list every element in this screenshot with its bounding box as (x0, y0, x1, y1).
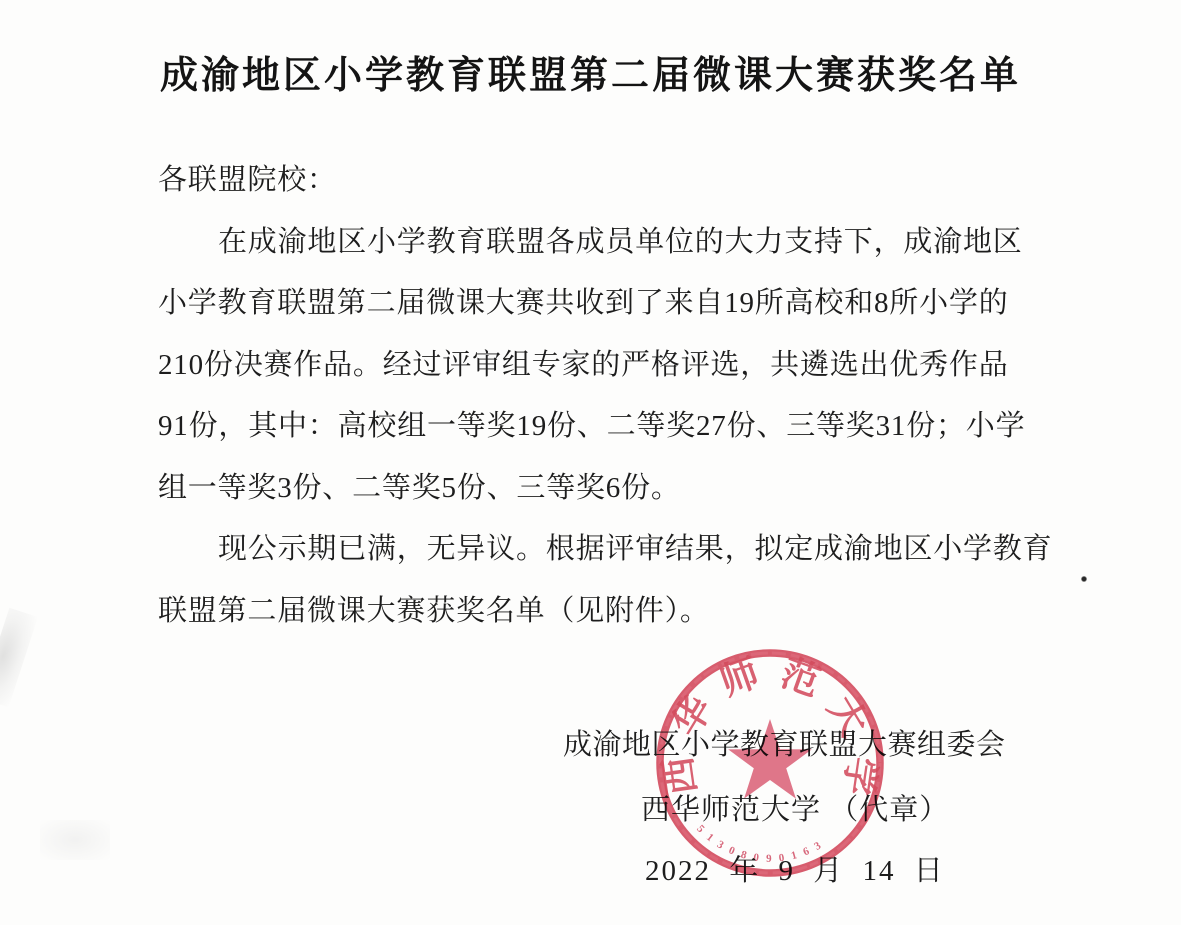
signature-issuer: 西华师范大学 （代章） (641, 787, 949, 828)
paragraph1-line-3: 210份决赛作品。经过评审组专家的严格评选，共遴选出优秀作品 (158, 335, 1044, 397)
document-title: 成渝地区小学教育联盟第二届微课大赛获奖名单 (0, 44, 1181, 99)
scanned-document-page: 成渝地区小学教育联盟第二届微课大赛获奖名单 各联盟院校： 在成渝地区小学教育联盟… (0, 0, 1181, 925)
seal-ring (660, 653, 880, 873)
paragraph2-line-1: 现公示期已满，无异议。根据评审结果，拟定成渝地区小学教育 (158, 519, 1044, 581)
scan-smudge-bottom (40, 820, 110, 860)
scan-smudge-left (0, 608, 38, 708)
signature-organization: 成渝地区小学教育联盟大赛组委会 (563, 722, 1006, 763)
paragraph1-line-4: 91份，其中：高校组一等奖19份、二等奖27份、三等奖31份；小学 (158, 396, 1044, 458)
scan-speck (1081, 576, 1087, 582)
salutation-line: 各联盟院校： (158, 150, 1044, 212)
paragraph1-line-1: 在成渝地区小学教育联盟各成员单位的大力支持下，成渝地区 (158, 212, 1044, 274)
signature-date: 2022 年 9 月 14 日 (645, 848, 945, 889)
seal-ring-texture (660, 653, 880, 873)
paragraph1-line-5: 组一等奖3份、二等奖5份、三等奖6份。 (158, 458, 1044, 520)
document-body: 各联盟院校： 在成渝地区小学教育联盟各成员单位的大力支持下，成渝地区 小学教育联… (158, 150, 1044, 642)
paragraph1-line-2: 小学教育联盟第二届微课大赛共收到了来自19所高校和8所小学的 (158, 273, 1044, 335)
paragraph2-line-2: 联盟第二届微课大赛获奖名单（见附件）。 (158, 581, 1044, 643)
